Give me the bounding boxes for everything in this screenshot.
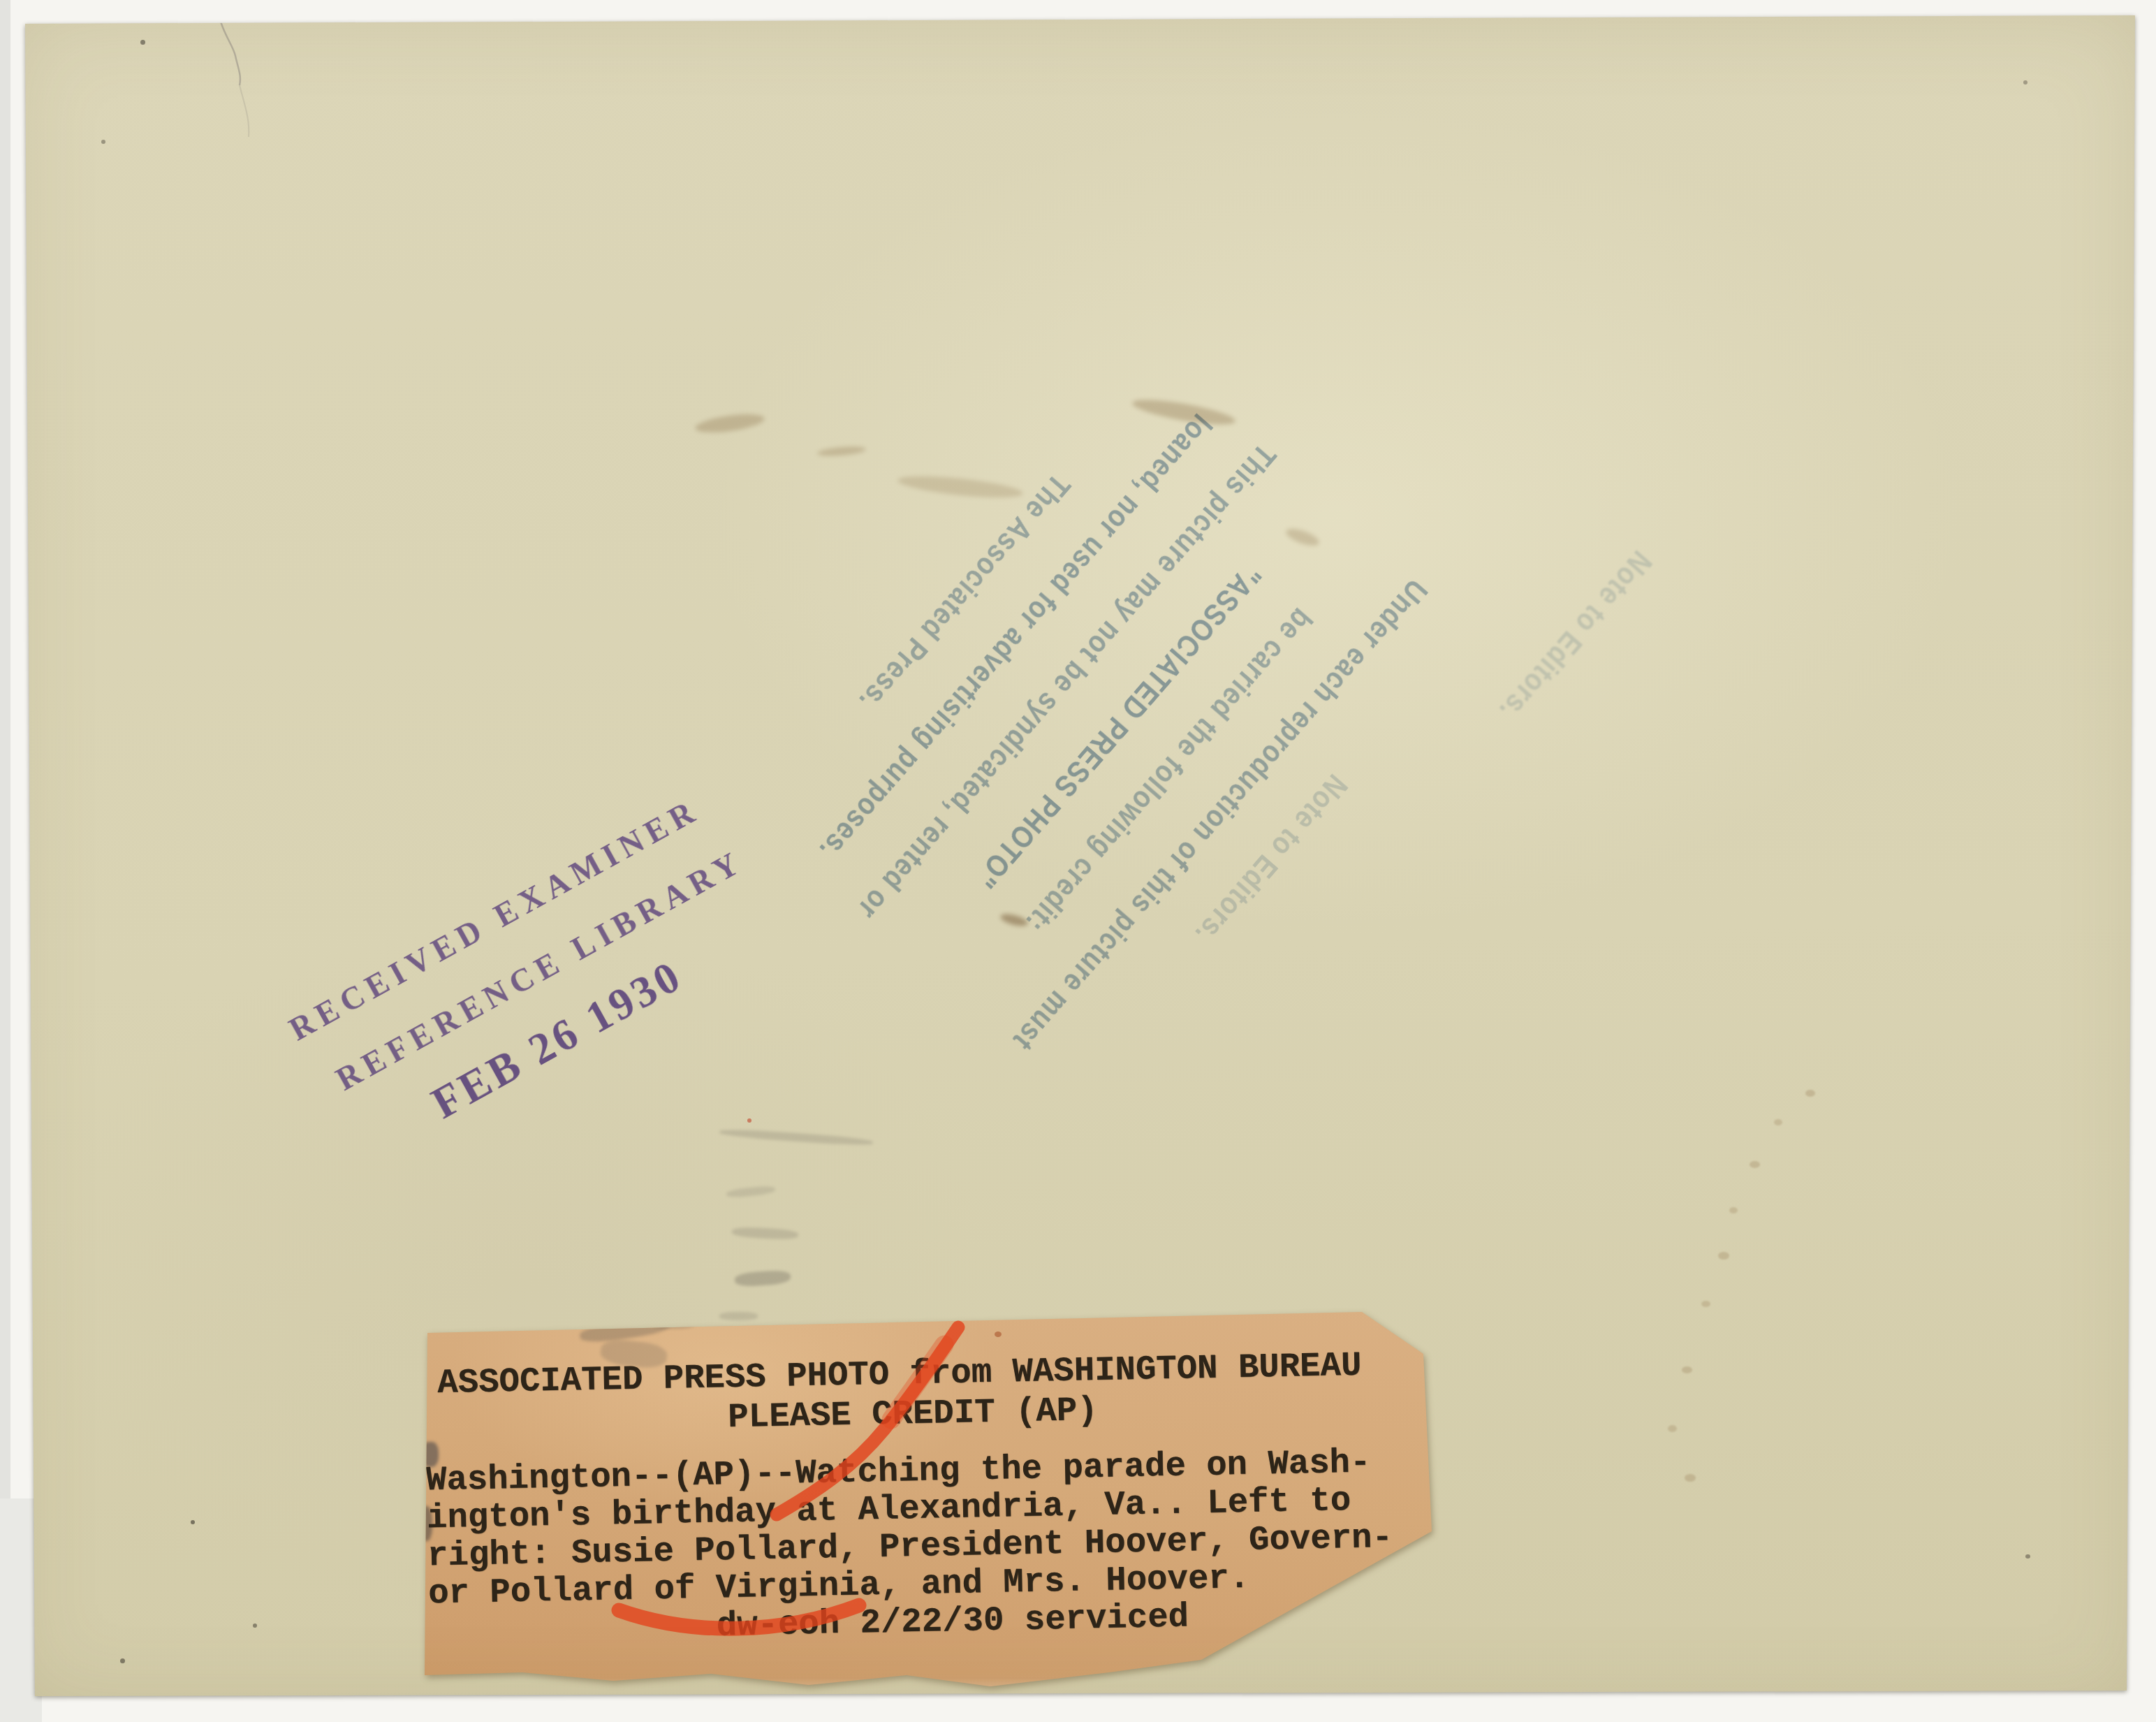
caption-slip-text: ASSOCIATED PRESS PHOTO from WASHINGTON B… [416,1289,1439,1651]
scanned-photo-verso: RECEIVED EXAMINER REFERENCE LIBRARY FEB … [0,0,2156,1722]
caption-slip-wrap: ASSOCIATED PRESS PHOTO from WASHINGTON B… [0,0,2156,1722]
photo-paper: RECEIVED EXAMINER REFERENCE LIBRARY FEB … [0,0,2156,1722]
caption-slip: ASSOCIATED PRESS PHOTO from WASHINGTON B… [418,1308,1434,1699]
caption-body: Washington--(AP)--Watching the parade on… [425,1443,1439,1651]
caption-header: ASSOCIATED PRESS PHOTO from WASHINGTON B… [437,1345,1435,1443]
photo-paper-wrap: RECEIVED EXAMINER REFERENCE LIBRARY FEB … [0,0,2156,1722]
